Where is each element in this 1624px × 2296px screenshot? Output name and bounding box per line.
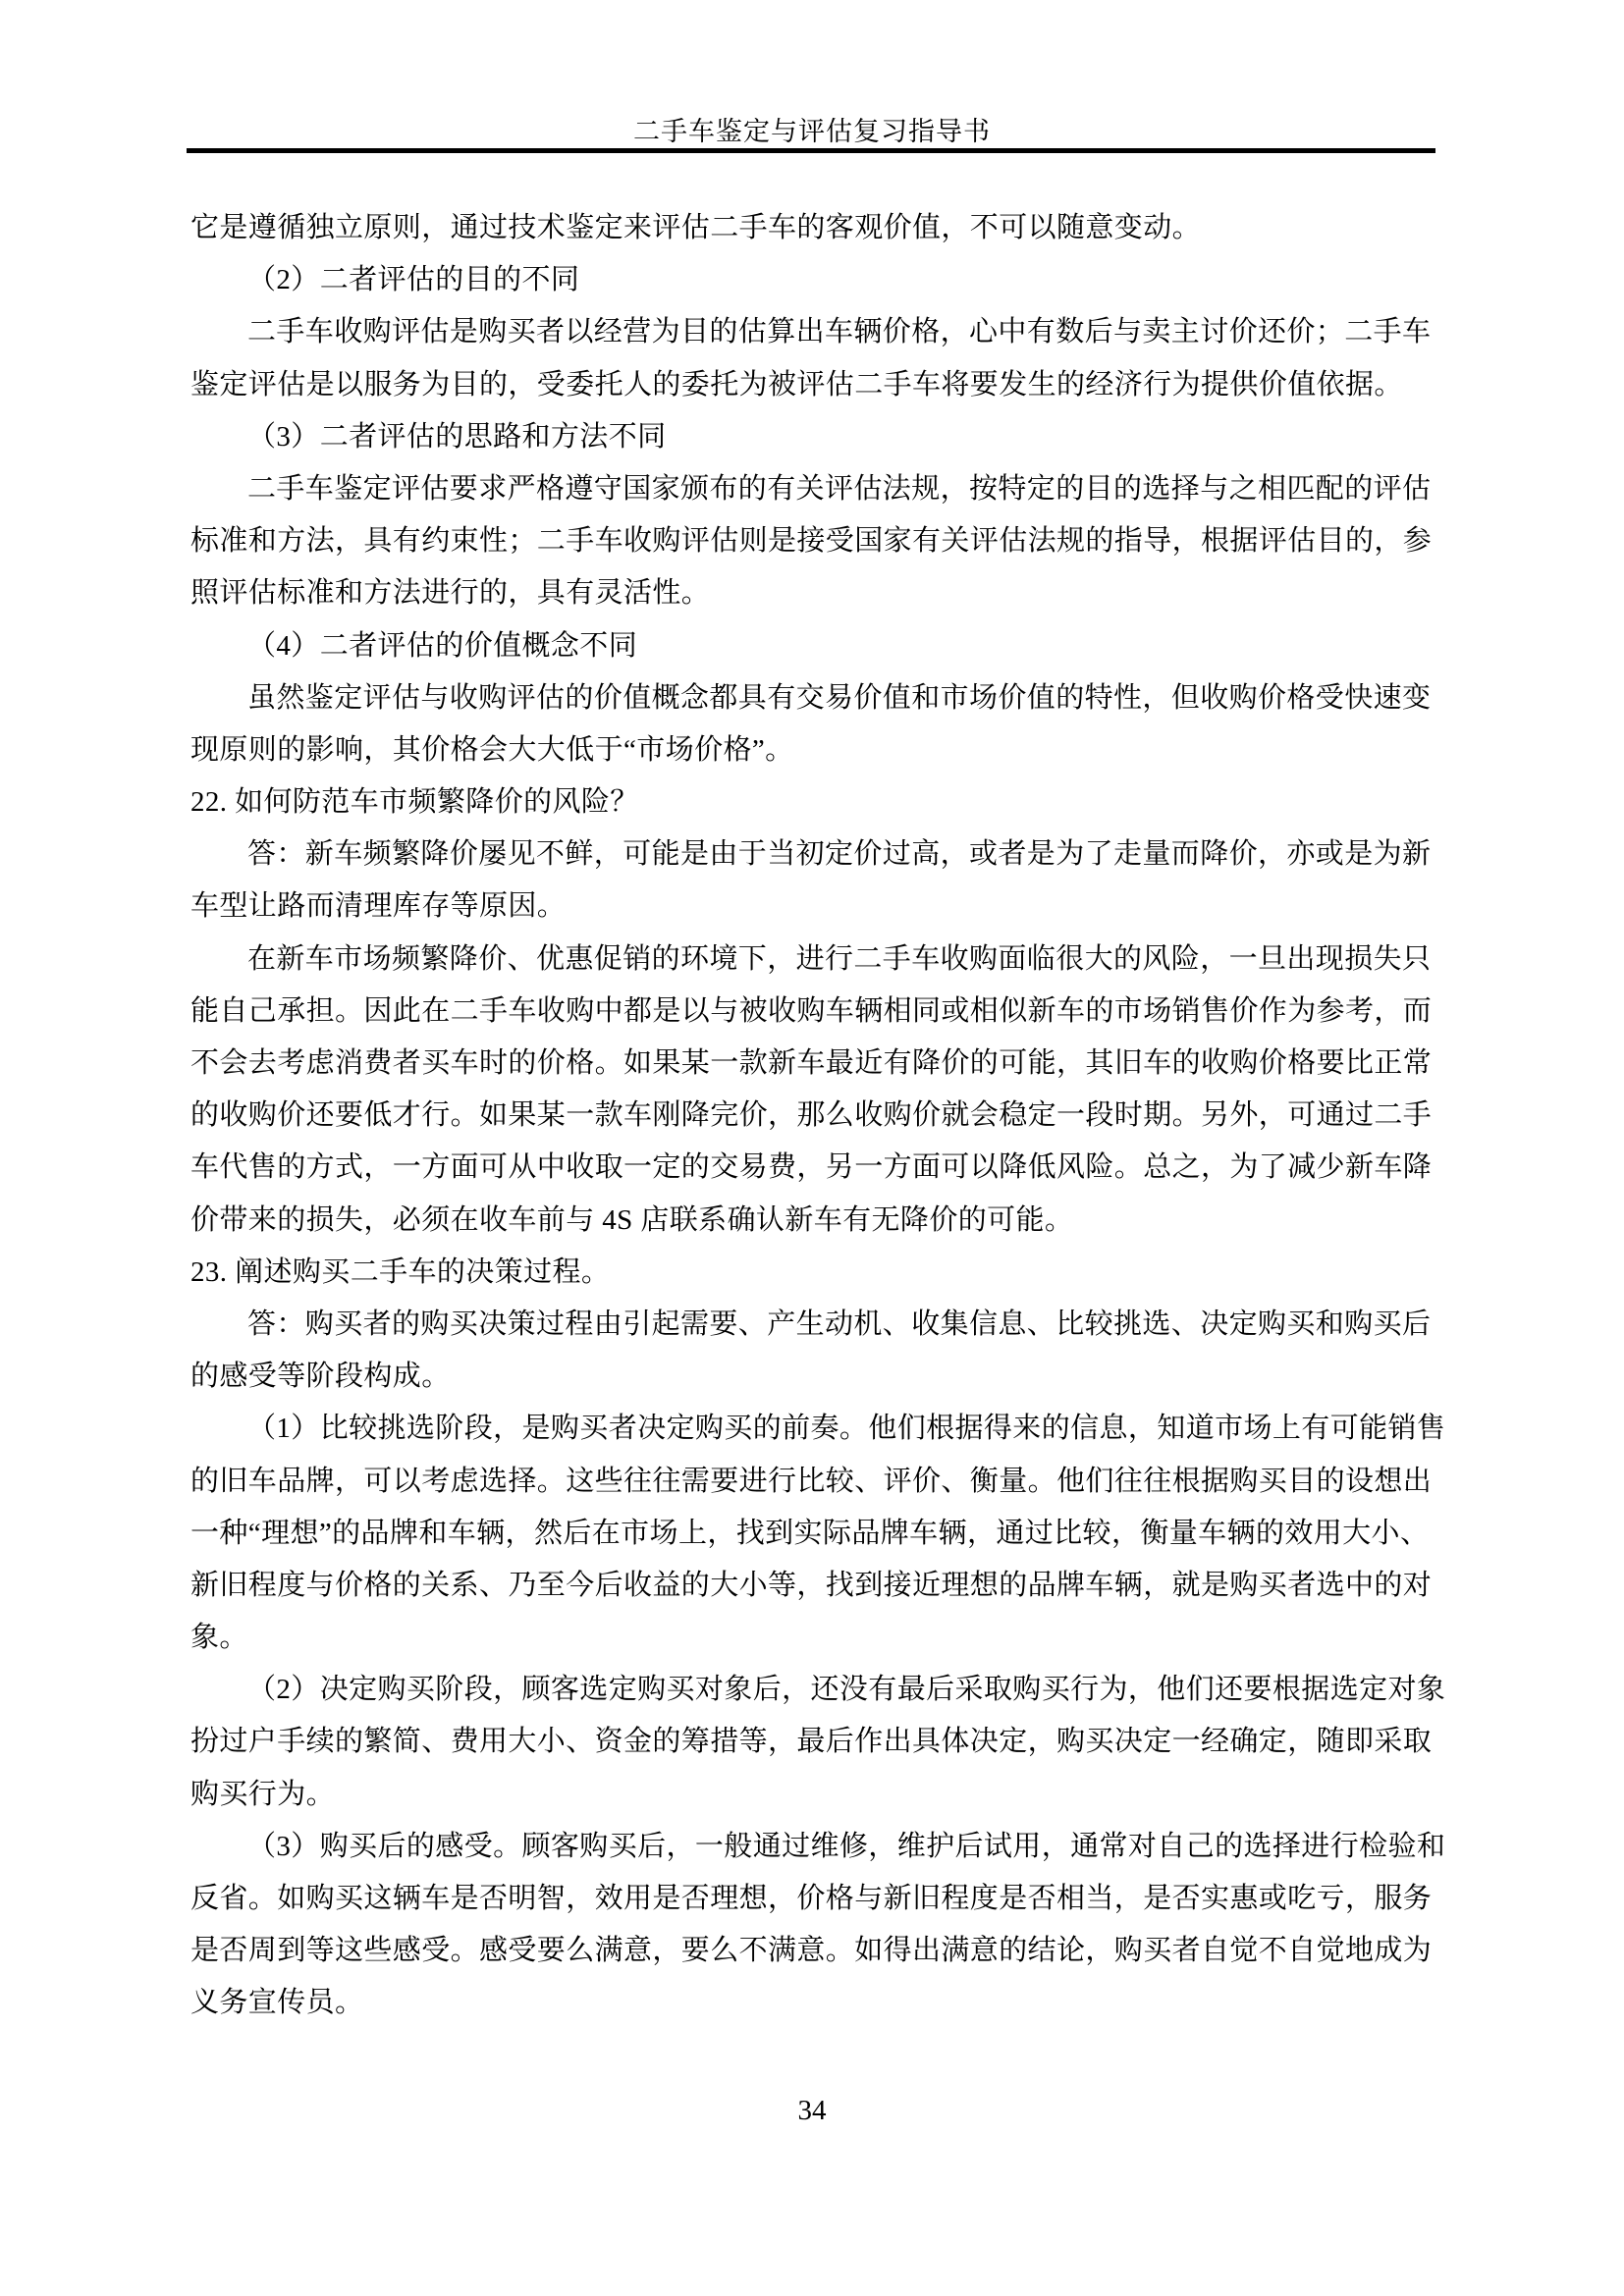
text-line: 反省。如购买这辆车是否明智，效用是否理想，价格与新旧程度是否相当，是否实惠或吃亏… (190, 1873, 1435, 1925)
text-line: 不会去考虑消费者买车时的价格。如果某一款新车最近有降价的可能，其旧车的收购价格要… (190, 1038, 1435, 1090)
text-line: 答：购买者的购买决策过程由引起需要、产生动机、收集信息、比较挑选、决定购买和购买… (190, 1299, 1435, 1351)
text-line: 虽然鉴定评估与收购评估的价值概念都具有交易价值和市场价值的特性，但收购价格受快速… (190, 672, 1435, 724)
text-line: （4）二者评估的价值概念不同 (190, 620, 1435, 672)
text-line: 扮过户手续的繁简、费用大小、资金的筹措等，最后作出具体决定，购买决定一经确定，随… (190, 1716, 1435, 1768)
page-header-title: 二手车鉴定与评估复习指导书 (189, 110, 1435, 148)
text-line: 它是遵循独立原则，通过技术鉴定来评估二手车的客观价值，不可以随意变动。 (190, 202, 1435, 254)
text-line: 车代售的方式，一方面可从中收取一定的交易费，另一方面可以降低风险。总之，为了减少… (190, 1142, 1435, 1194)
text-line: 鉴定评估是以服务为目的，受委托人的委托为被评估二手车将要发生的经济行为提供价值依… (190, 359, 1435, 411)
text-line: 购买行为。 (190, 1769, 1435, 1821)
text-line: （2）二者评估的目的不同 (190, 254, 1435, 306)
text-line: 标准和方法，具有约束性；二手车收购评估则是接受国家有关评估法规的指导，根据评估目… (190, 515, 1435, 567)
text-line: （3）二者评估的思路和方法不同 (190, 411, 1435, 463)
text-line: 是否周到等这些感受。感受要么满意，要么不满意。如得出满意的结论，购买者自觉不自觉… (190, 1925, 1435, 1977)
text-line: 新旧程度与价格的关系、乃至今后收益的大小等，找到接近理想的品牌车辆，就是购买者选… (190, 1560, 1435, 1612)
page-number: 34 (0, 2095, 1624, 2127)
text-line: 照评估标准和方法进行的，具有灵活性。 (190, 567, 1435, 619)
text-line: 答：新车频繁降价屡见不鲜，可能是由于当初定价过高，或者是为了走量而降价，亦或是为… (190, 828, 1435, 881)
text-line: 的收购价还要低才行。如果某一款车刚降完价，那么收购价就会稳定一段时期。另外，可通… (190, 1090, 1435, 1142)
text-line: 在新车市场频繁降价、优惠促销的环境下，进行二手车收购面临很大的风险，一旦出现损失… (190, 934, 1435, 986)
text-line: 22. 如何防范车市频繁降价的风险？ (190, 776, 1435, 828)
text-line: （3）购买后的感受。顾客购买后，一般通过维修，维护后试用，通常对自己的选择进行检… (190, 1821, 1435, 1873)
text-line: 二手车鉴定评估要求严格遵守国家颁布的有关评估法规，按特定的目的选择与之相匹配的评… (190, 463, 1435, 515)
document-page: 二手车鉴定与评估复习指导书 它是遵循独立原则，通过技术鉴定来评估二手车的客观价值… (0, 0, 1624, 2296)
text-line: （1）比较挑选阶段，是购买者决定购买的前奏。他们根据得来的信息，知道市场上有可能… (190, 1403, 1435, 1455)
text-line: 一种“理想”的品牌和车辆，然后在市场上，找到实际品牌车辆，通过比较，衡量车辆的效… (190, 1508, 1435, 1560)
text-line: 现原则的影响，其价格会大大低于“市场价格”。 (190, 724, 1435, 776)
text-line: 象。 (190, 1612, 1435, 1664)
text-line: （2）决定购买阶段，顾客选定购买对象后，还没有最后采取购买行为，他们还要根据选定… (190, 1664, 1435, 1716)
document-body: 它是遵循独立原则，通过技术鉴定来评估二手车的客观价值，不可以随意变动。（2）二者… (190, 202, 1435, 2030)
text-line: 23. 阐述购买二手车的决策过程。 (190, 1247, 1435, 1299)
text-line: 的感受等阶段构成。 (190, 1351, 1435, 1403)
text-line: 的旧车品牌，可以考虑选择。这些往往需要进行比较、评价、衡量。他们往往根据购买目的… (190, 1456, 1435, 1508)
text-line: 价带来的损失，必须在收车前与 4S 店联系确认新车有无降价的可能。 (190, 1195, 1435, 1247)
text-line: 义务宣传员。 (190, 1977, 1435, 2029)
text-line: 车型让路而清理库存等原因。 (190, 881, 1435, 933)
text-line: 二手车收购评估是购买者以经营为目的估算出车辆价格，心中有数后与卖主讨价还价；二手… (190, 306, 1435, 358)
text-line: 能自己承担。因此在二手车收购中都是以与被收购车辆相同或相似新车的市场销售价作为参… (190, 986, 1435, 1038)
header-rule (187, 148, 1435, 153)
